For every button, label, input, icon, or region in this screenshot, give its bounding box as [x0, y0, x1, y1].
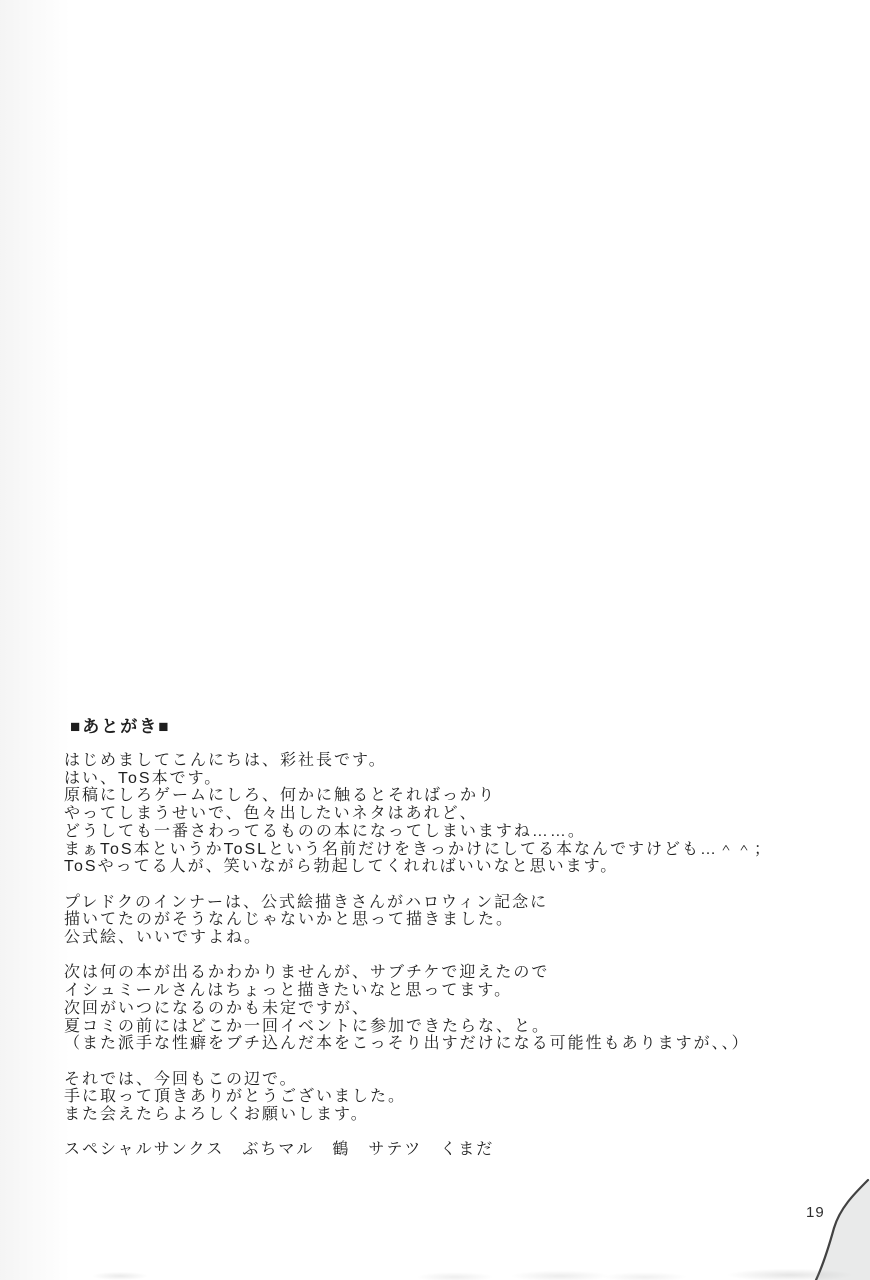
- page-curl-shade: [816, 1180, 870, 1280]
- text-line: それでは、今回もこの辺で。: [64, 1071, 804, 1089]
- paragraph: スペシャルサンクス ぶちマル 鶴 サテツ くまだ: [64, 1141, 804, 1159]
- text-line: 夏コミの前にはどこか一回イベントに参加できたらな、と。: [64, 1018, 804, 1036]
- page-curl-line: [816, 1180, 868, 1280]
- text-line: まぁToS本というかToSLという名前だけをきっかけにしてる本なんですけども…＾…: [64, 841, 804, 859]
- scanned-page: ■あとがき■ はじめましてこんにちは、彩社長です。はい、ToS本です。原稿にしろ…: [0, 0, 870, 1280]
- scan-edge-shade: [0, 0, 70, 1280]
- text-line: また会えたらよろしくお願いします。: [64, 1106, 804, 1124]
- paragraph: プレドクのインナーは、公式絵描きさんがハロウィン記念に描いてたのがそうなんじゃな…: [64, 894, 804, 947]
- text-line: プレドクのインナーは、公式絵描きさんがハロウィン記念に: [64, 894, 804, 912]
- paragraph: 次は何の本が出るかわかりませんが、サブチケで迎えたのでイシュミールさんはちょっと…: [64, 964, 804, 1053]
- text-line: 手に取って頂きありがとうございました。: [64, 1088, 804, 1106]
- text-line: 公式絵、いいですよね。: [64, 929, 804, 947]
- text-line: （また派手な性癖をブチ込んだ本をこっそり出すだけになる可能性もありますが、、）: [64, 1035, 804, 1053]
- afterword-heading: ■あとがき■: [70, 712, 171, 737]
- text-line: どうしても一番さわってるものの本になってしまいますね……。: [64, 823, 804, 841]
- page-curl: [750, 1170, 870, 1280]
- text-line: イシュミールさんはちょっと描きたいなと思ってます。: [64, 982, 804, 1000]
- text-line: はじめましてこんにちは、彩社長です。: [64, 752, 804, 770]
- text-line: 原稿にしろゲームにしろ、何かに触るとそればっかり: [64, 787, 804, 805]
- text-line: スペシャルサンクス ぶちマル 鶴 サテツ くまだ: [64, 1141, 804, 1159]
- text-line: やってしまうせいで、色々出したいネタはあれど、: [64, 805, 804, 823]
- paragraph: それでは、今回もこの辺で。手に取って頂きありがとうございました。また会えたらよろ…: [64, 1071, 804, 1124]
- scan-smudges: [0, 1264, 870, 1280]
- paragraph: はじめましてこんにちは、彩社長です。はい、ToS本です。原稿にしろゲームにしろ、…: [64, 752, 804, 876]
- text-line: 次回がいつになるのかも未定ですが、: [64, 1000, 804, 1018]
- afterword-body: はじめましてこんにちは、彩社長です。はい、ToS本です。原稿にしろゲームにしろ、…: [64, 752, 804, 1177]
- text-line: はい、ToS本です。: [64, 770, 804, 788]
- text-line: 次は何の本が出るかわかりませんが、サブチケで迎えたので: [64, 964, 804, 982]
- page-number: 19: [806, 1204, 825, 1221]
- text-line: 描いてたのがそうなんじゃないかと思って描きました。: [64, 911, 804, 929]
- text-line: ToSやってる人が、笑いながら勃起してくれればいいなと思います。: [64, 858, 804, 876]
